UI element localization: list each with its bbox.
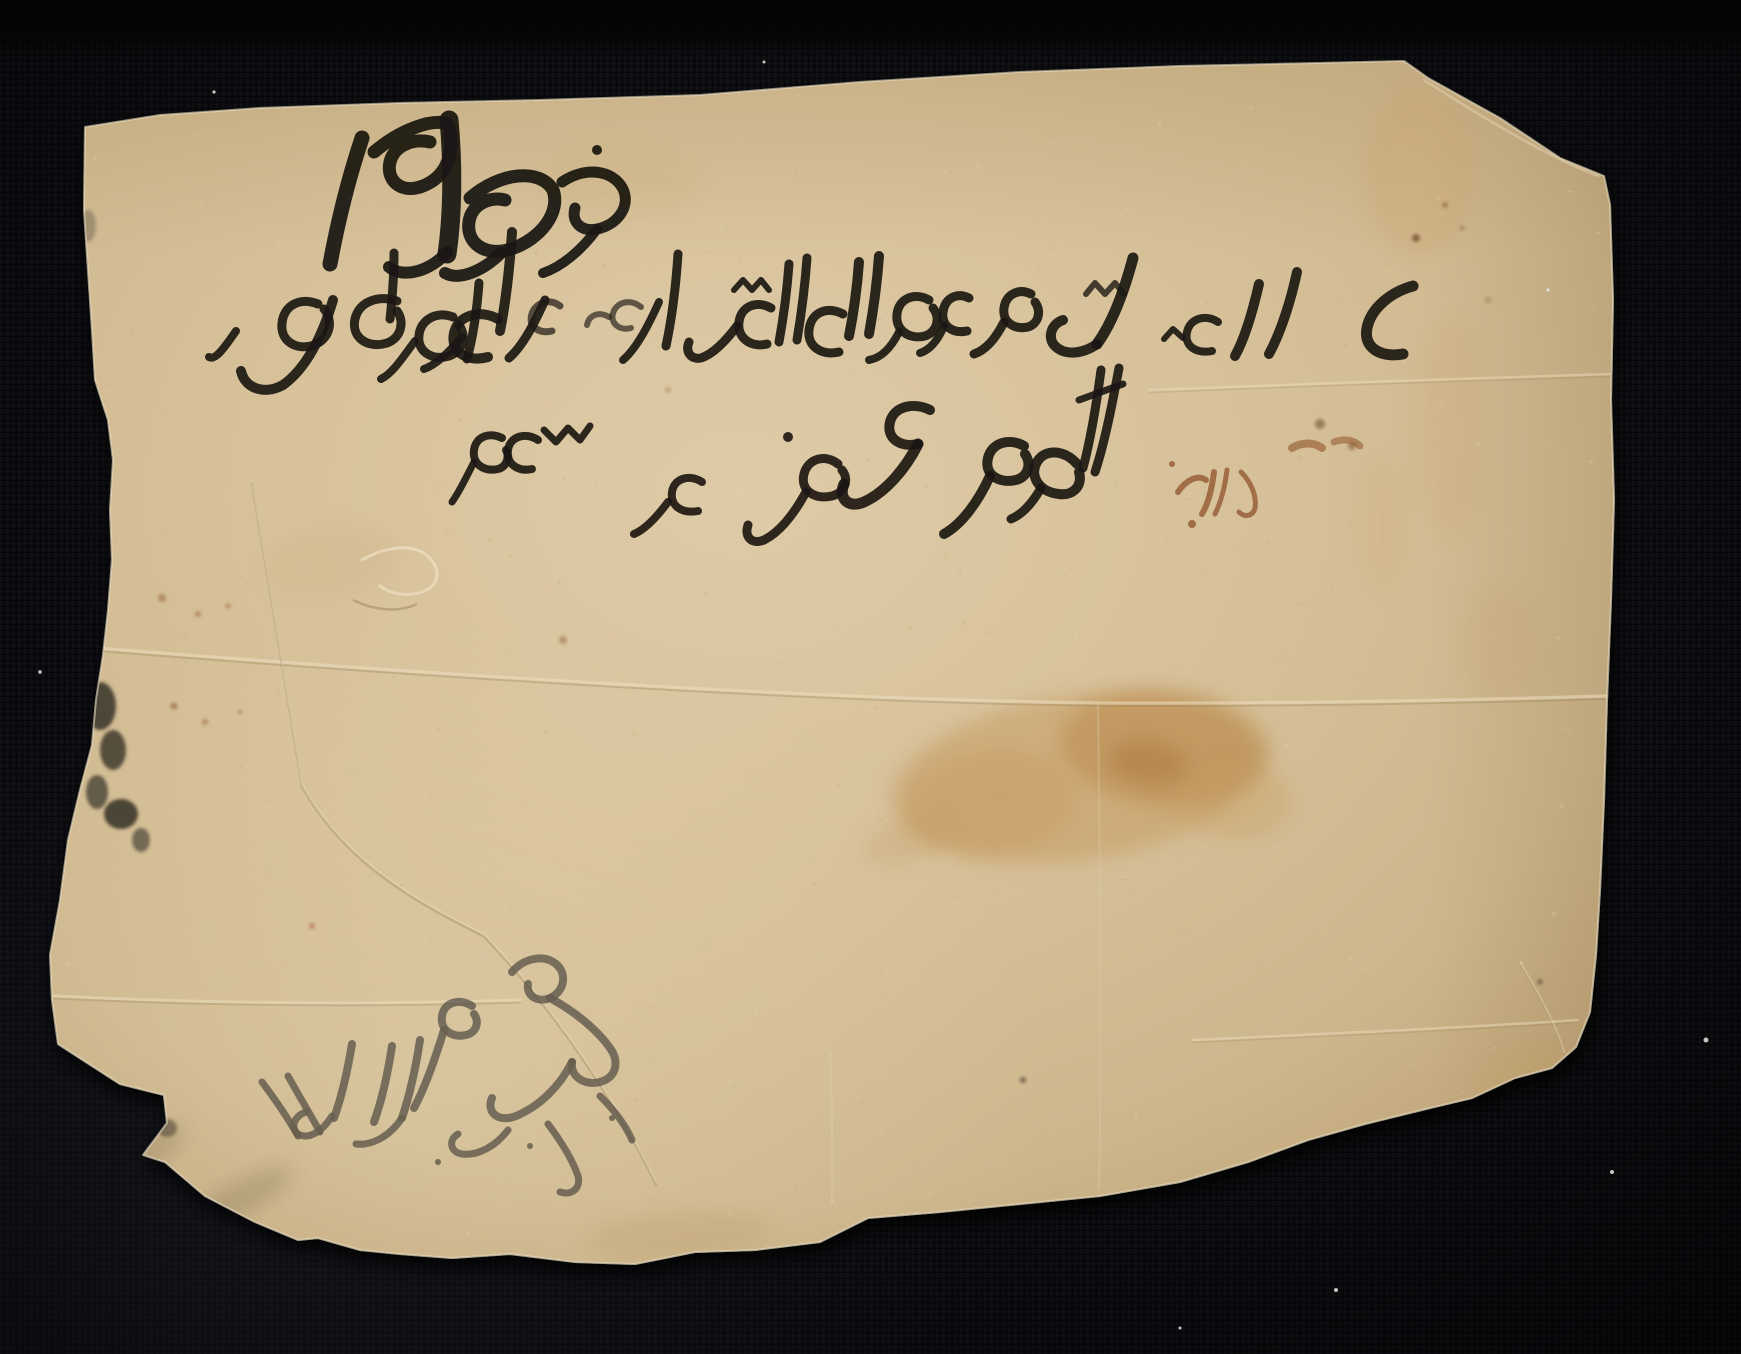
soot-smudge	[100, 730, 126, 770]
paper-grain-dot	[811, 1210, 812, 1211]
speckle-spot	[309, 923, 315, 929]
paper-grain-dot	[313, 1059, 315, 1061]
paper-grain-dot	[1504, 529, 1506, 531]
paper-grain-dot	[1064, 573, 1067, 576]
speckle-spot	[225, 603, 231, 609]
paper-grain-dot	[563, 834, 565, 836]
paper-grain-dot	[943, 555, 947, 559]
paper-grain-dot	[97, 904, 99, 906]
paper-grain-dot	[736, 436, 739, 439]
paper-grain-dot	[928, 1193, 932, 1197]
paper-grain-dot	[148, 953, 151, 956]
paper-grain-dot	[914, 1161, 916, 1163]
ink-dot	[609, 1115, 615, 1121]
paper-grain-dot	[1406, 839, 1408, 841]
paper-grain-dot	[1170, 227, 1172, 229]
paper-grain-dot	[702, 496, 704, 498]
paper-grain-dot	[337, 1154, 340, 1157]
paper-grain-dot	[1182, 445, 1184, 447]
paper-grain-dot	[131, 332, 135, 336]
water-stain	[1416, 320, 1484, 540]
paper-grain-dot	[93, 156, 97, 160]
paper-grain-dot	[866, 457, 870, 461]
paper-grain-dot	[903, 343, 905, 345]
paper-grain-dot	[689, 153, 693, 157]
paper-grain-dot	[407, 757, 411, 761]
paper-grain-dot	[1201, 571, 1205, 575]
paper-grain-dot	[960, 978, 964, 982]
paper-grain-dot	[1265, 380, 1267, 382]
paper-grain-dot	[534, 251, 538, 255]
paper-grain-dot	[827, 824, 829, 826]
paper-grain-dot	[503, 414, 505, 416]
paper-fiber	[293, 717, 299, 718]
paper-grain-dot	[1450, 592, 1452, 594]
paper-grain-dot	[874, 705, 878, 709]
paper-grain-dot	[723, 1019, 725, 1021]
paper-grain-dot	[557, 396, 559, 398]
paper-grain-dot	[264, 436, 268, 440]
paper-grain-dot	[1473, 199, 1475, 201]
paper-grain-dot	[428, 347, 429, 348]
paper-grain-dot	[608, 488, 610, 490]
paper-grain-dot	[324, 346, 328, 350]
paper-grain-dot	[223, 154, 225, 156]
paper-grain-dot	[887, 799, 890, 802]
paper-grain-dot	[633, 732, 637, 736]
paper-grain-dot	[1493, 919, 1497, 923]
paper-grain-dot	[1126, 207, 1130, 211]
paper-grain-dot	[995, 887, 998, 890]
paper-grain-dot	[833, 658, 835, 660]
paper-grain-dot	[656, 988, 658, 990]
paper-grain-dot	[1381, 92, 1385, 96]
paper-grain-dot	[281, 777, 284, 780]
paper-grain-dot	[564, 341, 568, 345]
paper-grain-dot	[1203, 493, 1206, 496]
paper-grain-dot	[332, 1137, 335, 1140]
paper-grain-dot	[1180, 255, 1183, 258]
paper-grain-dot	[1549, 265, 1551, 267]
paper-grain-dot	[569, 249, 571, 251]
paper-grain-dot	[264, 798, 268, 802]
paper-grain-dot	[1589, 460, 1593, 464]
paper-grain-dot	[1349, 957, 1353, 961]
speckle-spot	[202, 719, 208, 725]
paper-grain-dot	[1210, 193, 1214, 197]
paper-grain-dot	[1211, 689, 1214, 692]
paper-grain-dot	[977, 164, 980, 167]
water-stain	[1365, 87, 1475, 257]
paper-grain-dot	[1033, 216, 1036, 219]
paper-grain-dot	[1266, 541, 1270, 545]
ink-dot	[435, 1159, 441, 1165]
water-stain	[1466, 590, 1538, 700]
paper-grain-dot	[1426, 278, 1428, 280]
paper-grain-dot	[1471, 870, 1473, 872]
paper-grain-dot	[509, 653, 511, 655]
paper-grain-dot	[635, 1098, 639, 1102]
paper-grain-dot	[284, 963, 286, 965]
water-stain	[1177, 764, 1293, 840]
paper-grain-dot	[543, 730, 547, 734]
paper-grain-dot	[1198, 301, 1202, 305]
paper-grain-dot	[199, 201, 202, 204]
manuscript-photo	[0, 0, 1741, 1354]
paper-grain-dot	[812, 882, 816, 886]
paper-grain-dot	[838, 625, 839, 626]
paper-grain-dot	[1388, 1056, 1391, 1059]
ink-dot	[592, 145, 602, 155]
ink-stroke	[1292, 444, 1322, 449]
paper-grain-dot	[1007, 906, 1009, 908]
paper-grain-dot	[149, 624, 151, 626]
paper-grain-dot	[264, 870, 268, 874]
ink-dot	[1188, 520, 1196, 528]
paper-grain-dot	[1065, 118, 1068, 121]
paper-grain-dot	[356, 407, 359, 410]
paper-grain-dot	[441, 1254, 443, 1256]
paper-grain-dot	[728, 1080, 732, 1084]
speckle-spot	[1442, 202, 1448, 208]
paper-grain-dot	[1157, 871, 1161, 875]
paper-grain-dot	[734, 156, 738, 160]
paper-grain-dot	[165, 410, 168, 413]
soot-smudge	[132, 828, 150, 852]
paper-grain-dot	[596, 665, 598, 667]
paper-grain-dot	[695, 944, 697, 946]
paper-grain-dot	[99, 381, 101, 383]
paper-grain-dot	[510, 906, 513, 909]
paper-grain-dot	[1008, 451, 1009, 452]
paper-grain-dot	[777, 661, 780, 664]
paper-grain-dot	[554, 671, 557, 674]
paper-grain-dot	[1360, 1017, 1363, 1020]
paper-grain-dot	[1571, 831, 1573, 833]
paper-grain-dot	[754, 1010, 758, 1014]
paper-grain-dot	[650, 262, 653, 265]
paper-fiber	[703, 251, 709, 252]
speckle-spot	[1020, 1077, 1026, 1083]
paper-grain-dot	[105, 389, 108, 392]
paper-grain-dot	[1322, 141, 1324, 143]
paper-grain-dot	[184, 660, 187, 663]
paper-grain-dot	[298, 222, 300, 224]
paper-fiber	[196, 791, 197, 793]
paper-grain-dot	[1049, 247, 1053, 251]
paper-grain-dot	[1037, 263, 1039, 265]
paper-grain-dot	[406, 451, 410, 455]
paper-grain-dot	[794, 1185, 798, 1189]
paper-grain-dot	[709, 942, 712, 945]
paper-grain-dot	[65, 961, 69, 965]
paper-grain-dot	[585, 776, 588, 779]
paper-grain-dot	[1004, 949, 1007, 952]
paper-grain-dot	[1247, 693, 1249, 695]
paper-grain-dot	[681, 694, 685, 698]
paper-grain-dot	[905, 606, 907, 608]
paper-grain-dot	[105, 946, 108, 949]
speckle-spot	[158, 594, 166, 602]
paper-grain-dot	[1412, 1063, 1415, 1066]
paper-grain-dot	[1493, 1046, 1496, 1049]
paper-grain-dot	[730, 569, 732, 571]
paper-grain-dot	[524, 500, 527, 503]
paper-grain-dot	[173, 658, 177, 662]
paper-grain-dot	[813, 858, 815, 860]
paper-grain-dot	[1326, 930, 1328, 932]
paper-grain-dot	[1486, 569, 1490, 573]
paper-grain-dot	[1134, 1113, 1138, 1117]
paper-grain-dot	[1284, 260, 1287, 263]
paper-grain-dot	[1116, 534, 1118, 536]
speckle-spot	[195, 611, 201, 617]
paper-grain-dot	[695, 406, 697, 408]
paper-grain-dot	[392, 675, 395, 678]
lint-speck	[763, 61, 766, 64]
paper-grain-dot	[1203, 882, 1204, 883]
top-dark-band	[0, 0, 1741, 58]
paper-grain-dot	[1284, 744, 1288, 748]
paper-grain-dot	[1297, 455, 1301, 459]
paper-grain-dot	[194, 120, 197, 123]
paper-grain-dot	[835, 700, 837, 702]
paper-grain-dot	[445, 531, 448, 534]
paper-grain-dot	[738, 388, 740, 390]
paper-fiber	[290, 1161, 292, 1162]
paper-grain-dot	[509, 554, 513, 558]
paper-grain-dot	[879, 971, 882, 974]
paper-grain-dot	[959, 856, 963, 860]
paper-fiber	[1120, 879, 1128, 880]
paper-grain-dot	[154, 135, 157, 138]
paper-grain-dot	[1552, 912, 1556, 916]
paper-grain-dot	[637, 222, 641, 226]
paper-grain-dot	[370, 675, 372, 677]
paper-grain-dot	[1518, 414, 1520, 416]
paper-grain-dot	[124, 703, 126, 705]
water-stain	[1357, 460, 1409, 590]
speckle-spot	[665, 387, 671, 393]
ink-dot	[1169, 461, 1175, 467]
paper-grain-dot	[720, 227, 724, 231]
paper-grain-dot	[1058, 568, 1062, 572]
paper-grain-dot	[437, 728, 441, 732]
paper-grain-dot	[1415, 877, 1418, 880]
paper-grain-dot	[1485, 386, 1489, 390]
paper-grain-dot	[199, 961, 201, 963]
paper-grain-dot	[1580, 597, 1582, 599]
paper-grain-dot	[1249, 105, 1252, 108]
paper-grain-dot	[1022, 1146, 1024, 1148]
paper-grain-dot	[712, 983, 714, 985]
paper-fiber	[1104, 398, 1105, 400]
paper-grain-dot	[956, 895, 960, 899]
paper-grain-dot	[222, 283, 224, 285]
paper-grain-dot	[1141, 250, 1145, 254]
paper-grain-dot	[239, 764, 243, 768]
paper-grain-dot	[569, 439, 572, 442]
paper-grain-dot	[1158, 625, 1161, 628]
paper-grain-dot	[770, 262, 772, 264]
paper-grain-dot	[210, 724, 213, 727]
paper-fiber	[1185, 499, 1192, 500]
paper-grain-dot	[489, 1175, 492, 1178]
paper-grain-dot	[607, 122, 611, 126]
paper-grain-dot	[924, 484, 928, 488]
speckle-spot	[1538, 980, 1543, 985]
paper-grain-dot	[1562, 496, 1565, 499]
paper-fiber	[437, 893, 440, 894]
paper-grain-dot	[984, 1114, 986, 1116]
paper-grain-dot	[785, 1154, 788, 1157]
paper-grain-dot	[1101, 158, 1105, 162]
speckle-spot	[1412, 234, 1420, 242]
paper-grain-dot	[280, 1010, 283, 1013]
paper-grain-dot	[695, 214, 697, 216]
paper-grain-dot	[782, 1214, 784, 1216]
paper-grain-dot	[842, 953, 844, 955]
lint-speck	[1334, 1288, 1338, 1292]
paper-grain-dot	[1258, 966, 1260, 968]
paper-grain-dot	[1557, 636, 1560, 639]
paper-grain-dot	[1336, 297, 1339, 300]
paper-grain-dot	[1318, 994, 1320, 996]
paper-grain-dot	[1041, 1133, 1044, 1136]
paper-grain-dot	[184, 1034, 186, 1036]
paper-grain-dot	[351, 772, 354, 775]
paper-grain-dot	[1163, 350, 1166, 353]
paper-grain-dot	[1000, 388, 1004, 392]
paper-grain-dot	[1371, 120, 1373, 122]
lint-speck	[1546, 288, 1549, 291]
paper-grain-dot	[1060, 160, 1062, 162]
paper-grain-dot	[339, 1234, 342, 1237]
paper-fragment	[50, 61, 1624, 1276]
paper-grain-dot	[1050, 954, 1052, 956]
paper-grain-dot	[1440, 836, 1444, 840]
paper-grain-dot	[295, 1050, 297, 1052]
paper-grain-dot	[995, 1087, 997, 1089]
paper-grain-dot	[669, 411, 673, 415]
paper-grain-dot	[557, 580, 561, 584]
lint-speck	[212, 90, 215, 93]
paper-grain-dot	[1166, 536, 1170, 540]
speckle-spot	[238, 710, 243, 715]
ink-dot	[783, 432, 793, 442]
paper-grain-dot	[301, 983, 305, 987]
paper-grain-dot	[924, 525, 926, 527]
paper-grain-dot	[1158, 123, 1162, 127]
paper-grain-dot	[313, 400, 316, 403]
paper-grain-dot	[494, 427, 496, 429]
speckle-spot	[559, 636, 567, 644]
paper-grain-dot	[1343, 343, 1347, 347]
paper-grain-dot	[308, 861, 310, 863]
paper-grain-dot	[1560, 804, 1564, 808]
paper-grain-dot	[1563, 787, 1566, 790]
paper-grain-dot	[246, 179, 248, 181]
paper-grain-dot	[880, 1132, 883, 1135]
paper-grain-dot	[809, 1201, 811, 1203]
paper-grain-dot	[1134, 286, 1136, 288]
paper-grain-dot	[1414, 802, 1417, 805]
paper-grain-dot	[1390, 318, 1391, 319]
paper-grain-dot	[664, 138, 667, 141]
paper-grain-dot	[1602, 470, 1604, 472]
paper-grain-dot	[918, 955, 921, 958]
paper-grain-dot	[1539, 831, 1541, 833]
paper-grain-dot	[1273, 846, 1276, 849]
paper-grain-dot	[1037, 265, 1040, 268]
paper-grain-dot	[335, 1214, 338, 1217]
speckle-spot	[171, 703, 178, 710]
paper-grain-dot	[875, 889, 877, 891]
paper-grain-dot	[1066, 476, 1068, 478]
paper-grain-dot	[162, 532, 164, 534]
paper-grain-dot	[664, 623, 667, 626]
paper-grain-dot	[333, 167, 335, 169]
paper-grain-dot	[439, 486, 441, 488]
paper-grain-dot	[799, 557, 801, 559]
paper-grain-dot	[372, 230, 376, 234]
paper-grain-dot	[154, 352, 156, 354]
paper-grain-dot	[807, 1084, 810, 1087]
paper-grain-dot	[465, 908, 467, 910]
paper-grain-dot	[432, 322, 435, 325]
ink-dot	[527, 1143, 533, 1149]
paper-grain-dot	[466, 1232, 469, 1235]
paper-grain-dot	[697, 1028, 698, 1029]
paper-grain-dot	[703, 592, 707, 596]
paper-fiber	[361, 755, 362, 757]
paper-grain-dot	[1348, 520, 1351, 523]
paper-grain-dot	[196, 134, 198, 136]
paper-grain-dot	[1390, 715, 1392, 717]
paper-grain-dot	[1079, 867, 1082, 870]
paper-grain-dot	[334, 398, 337, 401]
paper-grain-dot	[1330, 587, 1334, 591]
paper-grain-dot	[739, 257, 742, 260]
paper-grain-dot	[602, 264, 606, 268]
paper-grain-dot	[1170, 167, 1172, 169]
paper-grain-dot	[1585, 423, 1588, 426]
paper-grain-dot	[1367, 393, 1369, 395]
paper-grain-dot	[257, 326, 261, 330]
paper-grain-dot	[1238, 549, 1240, 551]
paper-grain-dot	[278, 243, 282, 247]
paper-grain-dot	[1588, 311, 1590, 313]
paper-grain-dot	[563, 478, 566, 481]
paper-grain-dot	[911, 491, 914, 494]
paper-grain-dot	[1571, 852, 1573, 854]
paper-grain-dot	[699, 1175, 702, 1178]
paper-grain-dot	[958, 569, 962, 573]
soot-smudge	[104, 799, 138, 829]
paper-fiber	[626, 270, 627, 272]
paper-grain-dot	[426, 830, 427, 831]
paper-grain-dot	[845, 1208, 847, 1210]
paper-grain-dot	[850, 374, 852, 376]
paper-grain-dot	[852, 700, 855, 703]
paper-grain-dot	[1246, 166, 1247, 167]
paper-grain-dot	[410, 948, 412, 950]
speckle-spot	[1315, 419, 1325, 429]
paper-grain-dot	[302, 839, 304, 841]
paper-grain-dot	[1042, 332, 1046, 336]
lint-speck	[1704, 1038, 1709, 1043]
lint-speck	[38, 670, 42, 674]
